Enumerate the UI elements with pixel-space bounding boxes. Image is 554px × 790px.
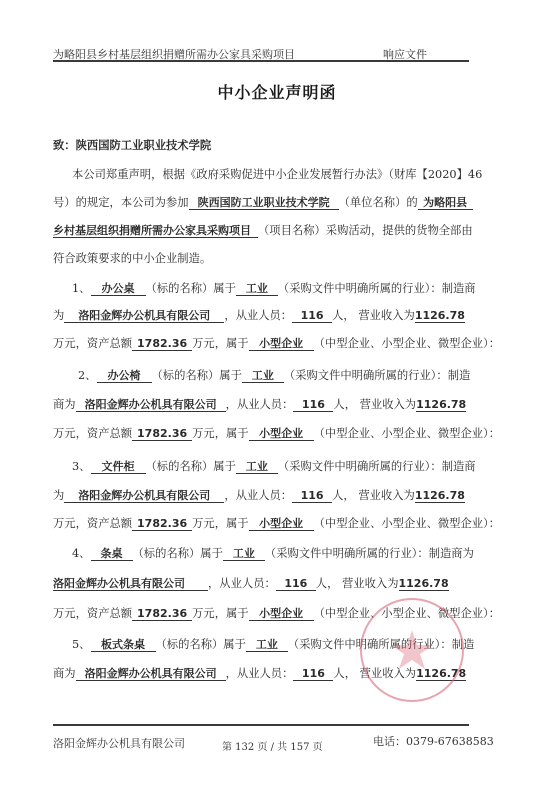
item-4-line-1: 4、条桌（标的名称）属于工业（采购文件中明确所属的行业）：制造商为 <box>72 545 487 561</box>
item-5-line-1: 5、板式条桌（标的名称）属于工业（采购文件中明确所属的行业）：制造 <box>72 636 487 652</box>
label: 营业收入为 <box>358 489 415 502</box>
label: 为 <box>463 547 474 560</box>
item-size: 小型企业 <box>249 337 314 351</box>
project-name-part2: 乡村基层组织捐赠所需办公家具采购项目 <box>53 224 258 238</box>
recipient-name: 陕西国防工业职业技术学院 <box>76 139 212 152</box>
item-3-line-1: 3、文件柜（标的名称）属于工业（采购文件中明确所属的行业）：制造商 <box>72 458 487 474</box>
label: 商为 <box>53 667 76 680</box>
label: 万元，属于 <box>192 427 249 440</box>
item-name: 板式条桌 <box>91 638 156 652</box>
label: （中型企业、小型企业、微型企业）： <box>314 427 500 440</box>
recipient-prefix: 致： <box>53 139 76 152</box>
intro-line-1: 本公司郑重声明，根据《政府采购促进中小企业发展暂行办法》（财库【2020】46 <box>72 166 487 182</box>
label: 为 <box>53 489 64 502</box>
page-header: 为略阳县乡村基层组织捐赠所需办公家具采购项目 响应文件 <box>53 44 469 60</box>
label: 万元，属于 <box>192 337 249 350</box>
label: （中型企业、小型企业、微型企业）： <box>314 517 500 530</box>
item-size: 小型企业 <box>249 427 314 441</box>
item-name: 办公椅 <box>97 369 152 383</box>
label: 万元，资产总额 <box>53 517 132 530</box>
label: （中型企业、小型企业、微型企业）： <box>314 607 500 620</box>
label: 人， <box>333 398 356 411</box>
item-manufacturer: 洛阳金辉办公机具有限公司 <box>76 667 226 681</box>
label: 万元，资产总额 <box>53 427 132 440</box>
label: ，从业人员： <box>226 667 294 680</box>
item-5-line-2: 商为洛阳金辉办公机具有限公司，从业人员：116人， 营业收入为1126.78 <box>53 665 468 681</box>
item-name: 文件柜 <box>91 460 146 474</box>
label: （中型企业、小型企业、微型企业）： <box>314 337 500 350</box>
item-assets: 1782.36 <box>132 427 192 441</box>
item-4-line-3: 万元，资产总额1782.36万元，属于小型企业（中型企业、小型企业、微型企业）： <box>53 605 468 621</box>
label: （采购文件中明确所属的行业）：制造商 <box>278 282 476 295</box>
item-revenue: 1126.78 <box>416 667 466 681</box>
intro-text: （项目名称）采购活动，提供的货物全部由 <box>258 224 473 237</box>
intro-text: （单位名称）的 <box>339 196 418 209</box>
intro-line-4: 符合政策要求的中小企业制造。 <box>53 250 468 266</box>
footer-rule <box>53 724 469 726</box>
label: 人， <box>332 489 355 502</box>
item-manufacturer: 洛阳金辉办公机具有限公司 <box>64 489 224 503</box>
label: 商为 <box>53 398 76 411</box>
item-employees: 116 <box>292 489 332 503</box>
label: （采购文件中明确所属的行业）：制造商 <box>278 460 476 473</box>
label: （标的名称）属于 <box>156 638 246 651</box>
label: ，从业人员： <box>224 489 292 502</box>
item-industry: 工业 <box>223 547 265 561</box>
label: （标的名称）属于 <box>146 282 236 295</box>
purchaser-name: 陕西国防工业职业技术学院 <box>189 196 339 210</box>
footer-page-info: 第 132 页 / 共 157 页 <box>222 738 323 753</box>
item-size: 小型企业 <box>249 517 314 531</box>
item-revenue: 1126.78 <box>416 398 466 412</box>
item-number: 4、 <box>72 547 91 560</box>
item-employees: 116 <box>293 398 333 412</box>
label: 人， <box>332 309 355 322</box>
label: 人， <box>333 667 356 680</box>
item-4-line-2: 洛阳金辉办公机具有限公司，从业人员：116人， 营业收入为1126.78 <box>53 575 468 591</box>
intro-line-3: 乡村基层组织捐赠所需办公家具采购项目（项目名称）采购活动，提供的货物全部由 <box>53 222 468 238</box>
label: 为 <box>53 309 64 322</box>
item-2-line-1: 2、办公椅（标的名称）属于工业（采购文件中明确所属的行业）：制造 <box>78 367 493 383</box>
item-size: 小型企业 <box>249 607 314 621</box>
label: 营业收入为 <box>360 667 417 680</box>
label: （标的名称）属于 <box>133 547 223 560</box>
intro-text: 号）的规定，本公司为参加 <box>53 196 189 209</box>
item-assets: 1782.36 <box>132 517 192 531</box>
label: 营业收入为 <box>360 398 417 411</box>
item-industry: 工业 <box>242 369 284 383</box>
label: （采购文件中明确所属的行业）：制造 <box>284 369 470 382</box>
item-name: 办公桌 <box>91 282 146 296</box>
item-number: 5、 <box>72 638 91 651</box>
item-3-line-3: 万元，资产总额1782.36万元，属于小型企业（中型企业、小型企业、微型企业）： <box>53 515 468 531</box>
item-manufacturer: 洛阳金辉办公机具有限公司 <box>53 577 208 591</box>
label: 营业收入为 <box>358 309 415 322</box>
label: 万元，资产总额 <box>53 607 132 620</box>
item-2-line-3: 万元，资产总额1782.36万元，属于小型企业（中型企业、小型企业、微型企业）： <box>53 425 468 441</box>
item-industry: 工业 <box>246 638 288 652</box>
item-1-line-1: 1、办公桌（标的名称）属于工业（采购文件中明确所属的行业）：制造商 <box>72 280 487 296</box>
intro-line-2: 号）的规定，本公司为参加陕西国防工业职业技术学院（单位名称）的为略阳县 <box>53 194 468 210</box>
item-assets: 1782.36 <box>132 607 192 621</box>
footer-phone: 电话：0379-67638583 <box>373 733 494 749</box>
item-revenue: 1126.78 <box>415 489 465 503</box>
item-employees: 116 <box>292 309 332 323</box>
item-manufacturer: 洛阳金辉办公机具有限公司 <box>76 398 226 412</box>
page-title: 中小企业声明函 <box>0 80 554 103</box>
item-2-line-2: 商为洛阳金辉办公机具有限公司，从业人员：116人， 营业收入为1126.78 <box>53 396 468 412</box>
item-3-line-2: 为洛阳金辉办公机具有限公司，从业人员：116人， 营业收入为1126.78 <box>53 487 468 503</box>
label: ，从业人员： <box>208 577 276 590</box>
label: （标的名称）属于 <box>152 369 242 382</box>
item-manufacturer: 洛阳金辉办公机具有限公司 <box>64 309 224 323</box>
recipient-line: 致：陕西国防工业职业技术学院 <box>53 137 468 153</box>
label: （采购文件中明确所属的行业）：制造 <box>288 638 474 651</box>
label: （标的名称）属于 <box>146 460 236 473</box>
label: 万元，属于 <box>192 517 249 530</box>
header-rule <box>53 60 469 62</box>
item-employees: 116 <box>293 667 333 681</box>
label: 人， <box>316 577 339 590</box>
label: ，从业人员： <box>226 398 294 411</box>
label: 万元，资产总额 <box>53 337 132 350</box>
item-name: 条桌 <box>91 547 133 561</box>
item-1-line-2: 为洛阳金辉办公机具有限公司，从业人员：116人， 营业收入为1126.78 <box>53 307 468 323</box>
label: 万元，属于 <box>192 607 249 620</box>
item-industry: 工业 <box>236 460 278 474</box>
label: 营业收入为 <box>342 577 399 590</box>
item-number: 1、 <box>72 282 91 295</box>
item-industry: 工业 <box>236 282 278 296</box>
footer-company: 洛阳金辉办公机具有限公司 <box>53 735 185 751</box>
item-employees: 116 <box>276 577 316 591</box>
project-name-part1: 为略阳县 <box>418 196 473 210</box>
item-number: 2、 <box>78 369 97 382</box>
label: ，从业人员： <box>224 309 292 322</box>
item-assets: 1782.36 <box>132 337 192 351</box>
item-number: 3、 <box>72 460 91 473</box>
item-1-line-3: 万元，资产总额1782.36万元，属于小型企业（中型企业、小型企业、微型企业）： <box>53 335 468 351</box>
item-revenue: 1126.78 <box>399 577 449 591</box>
label: （采购文件中明确所属的行业）：制造商 <box>265 547 463 560</box>
item-revenue: 1126.78 <box>415 309 465 323</box>
